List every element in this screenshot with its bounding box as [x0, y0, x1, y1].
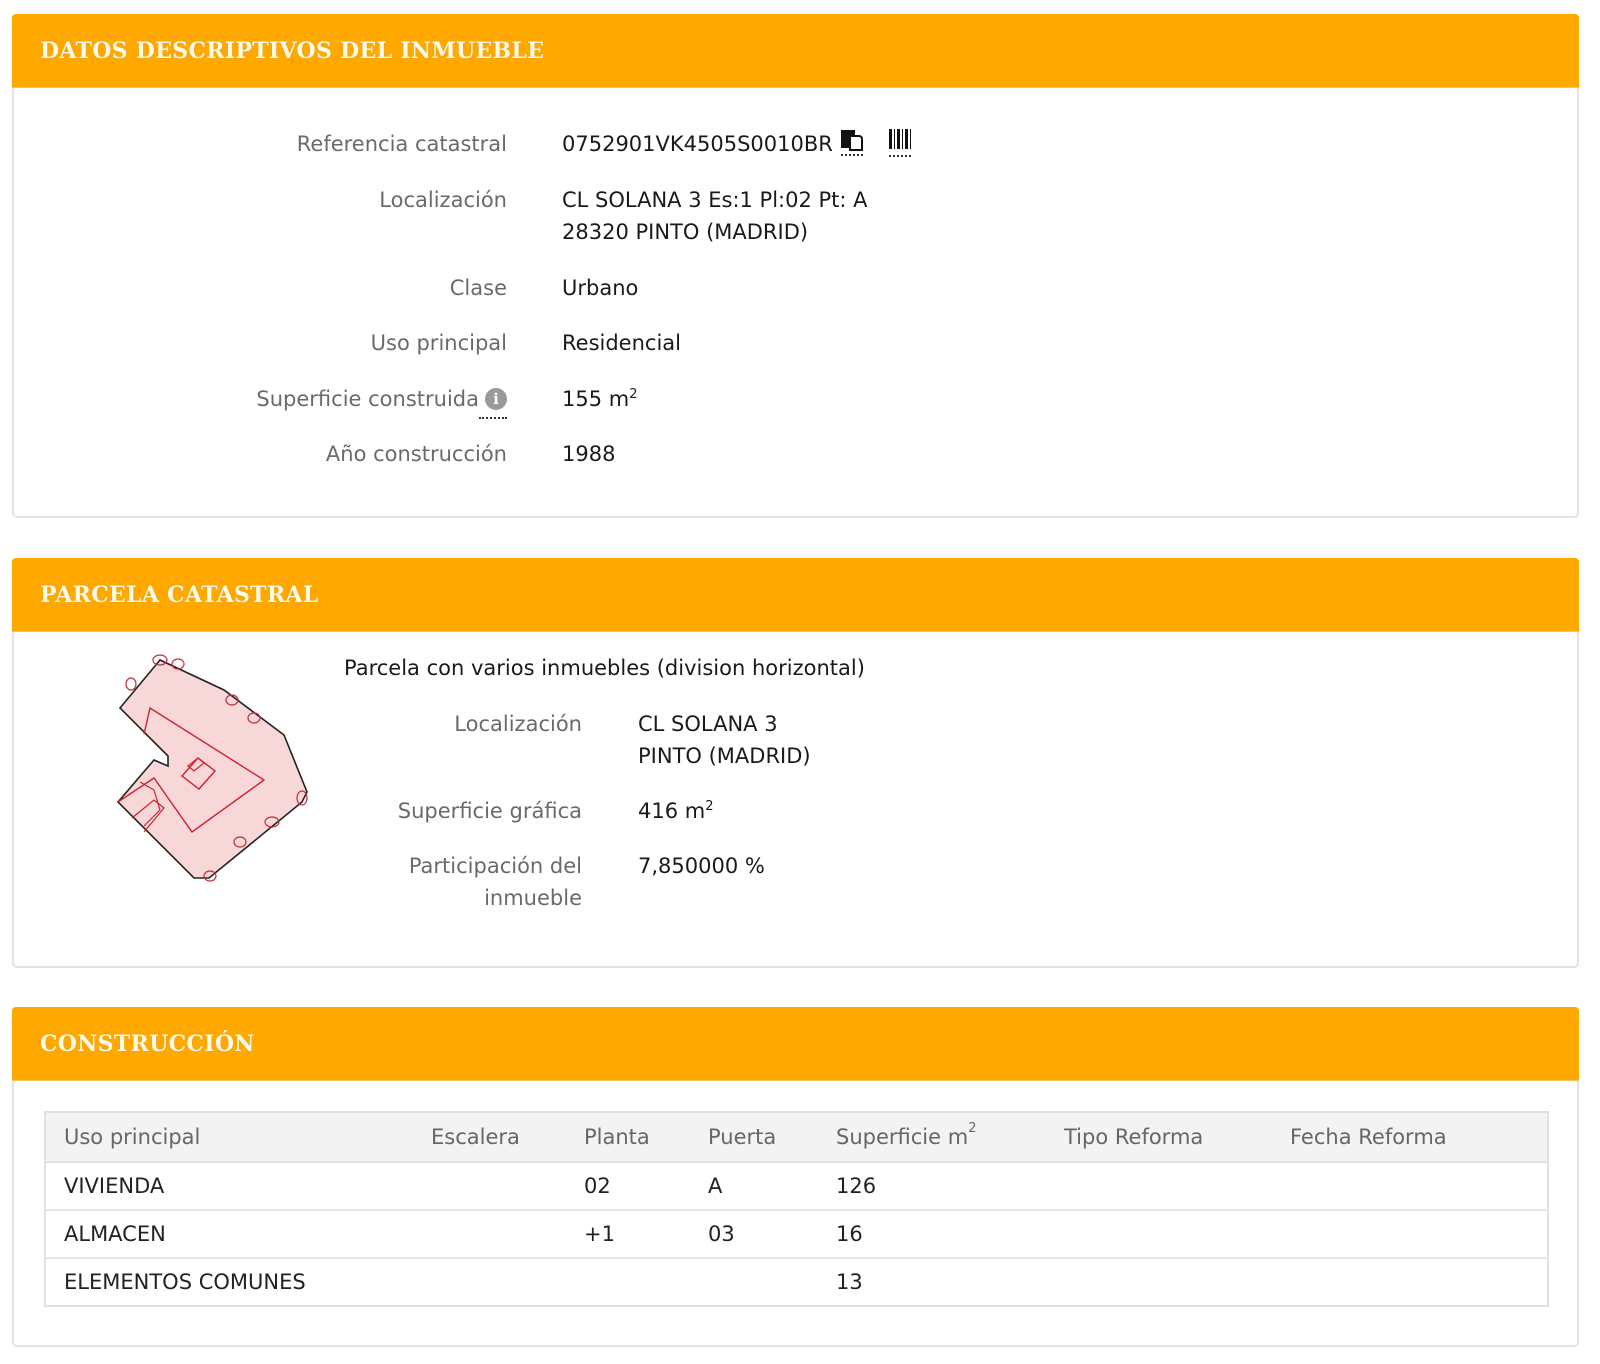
- table-row: ELEMENTOS COMUNES13: [45, 1258, 1548, 1306]
- anio-label: Año construcción: [14, 438, 507, 470]
- info-icon[interactable]: i: [485, 388, 507, 410]
- superficie-grafica-value: 416 m2: [638, 795, 714, 827]
- parcela-catastral-panel: PARCELA CATASTRAL Parcela con varios inm…: [12, 558, 1579, 968]
- parcela-localizacion-line2: PINTO (MADRID): [638, 740, 811, 772]
- table-row: ALMACEN+10316: [45, 1210, 1548, 1258]
- superficie-construida-label-row: Superficie construidai: [14, 383, 507, 419]
- cell-tipo-reforma: [1046, 1210, 1272, 1258]
- cell-planta: 02: [566, 1162, 690, 1210]
- datos-descriptivos-panel: DATOS DESCRIPTIVOS DEL INMUEBLE Referenc…: [12, 14, 1579, 518]
- participacion-label: Participación del inmueble: [314, 850, 582, 914]
- cell-superficie: 16: [818, 1210, 1046, 1258]
- uso-value: Residencial: [562, 327, 681, 359]
- cell-fecha-reforma: [1272, 1258, 1548, 1306]
- info-tooltip-trigger[interactable]: i: [479, 383, 507, 419]
- localizacion-line1: CL SOLANA 3 Es:1 Pl:02 Pt: A: [562, 184, 868, 216]
- parcela-localizacion-line1: CL SOLANA 3: [638, 708, 811, 740]
- table-header-row: Uso principal Escalera Planta Puerta Sup…: [45, 1112, 1548, 1162]
- referencia-label: Referencia catastral: [14, 128, 507, 160]
- cell-puerta: [690, 1258, 818, 1306]
- superficie-grafica-number: 416 m: [638, 799, 705, 823]
- unit-superscript: 2: [968, 1121, 976, 1136]
- panel-title: CONSTRUCCIÓN: [40, 1031, 255, 1057]
- construccion-table: Uso principal Escalera Planta Puerta Sup…: [44, 1111, 1549, 1307]
- cell-puerta: A: [690, 1162, 818, 1210]
- participacion-label-line1: Participación del: [314, 850, 582, 882]
- localizacion-line2: 28320 PINTO (MADRID): [562, 216, 868, 248]
- cell-tipo-reforma: [1046, 1258, 1272, 1306]
- cell-planta: [566, 1258, 690, 1306]
- anio-value: 1988: [562, 438, 615, 470]
- col-superficie: Superficie m2: [818, 1112, 1046, 1162]
- parcel-plan-image[interactable]: [114, 650, 324, 890]
- parcela-description: Parcela con varios inmuebles (division h…: [344, 652, 865, 684]
- col-escalera: Escalera: [413, 1112, 566, 1162]
- cell-uso-principal: ALMACEN: [45, 1210, 413, 1258]
- barcode-icon[interactable]: [889, 129, 913, 157]
- cell-superficie: 13: [818, 1258, 1046, 1306]
- parcela-localizacion-label: Localización: [314, 708, 582, 740]
- clase-label: Clase: [14, 272, 507, 304]
- localizacion-label: Localización: [14, 184, 507, 216]
- col-fecha-reforma: Fecha Reforma: [1272, 1112, 1548, 1162]
- unit-superscript: 2: [629, 387, 637, 402]
- clase-value: Urbano: [562, 272, 638, 304]
- cell-puerta: 03: [690, 1210, 818, 1258]
- col-puerta: Puerta: [690, 1112, 818, 1162]
- cell-tipo-reforma: [1046, 1162, 1272, 1210]
- panel-title: DATOS DESCRIPTIVOS DEL INMUEBLE: [40, 38, 544, 64]
- col-planta: Planta: [566, 1112, 690, 1162]
- cell-uso-principal: VIVIENDA: [45, 1162, 413, 1210]
- localizacion-value: CL SOLANA 3 Es:1 Pl:02 Pt: A 28320 PINTO…: [562, 184, 868, 248]
- cell-superficie: 126: [818, 1162, 1046, 1210]
- cell-planta: +1: [566, 1210, 690, 1258]
- referencia-value-row: 0752901VK4505S0010BR: [562, 128, 913, 160]
- cell-uso-principal: ELEMENTOS COMUNES: [45, 1258, 413, 1306]
- superficie-construida-value: 155 m2: [562, 383, 638, 415]
- uso-label: Uso principal: [14, 327, 507, 359]
- panel-header: CONSTRUCCIÓN: [12, 1007, 1579, 1081]
- cell-escalera: [413, 1162, 566, 1210]
- unit-superscript: 2: [705, 799, 713, 814]
- col-tipo-reforma: Tipo Reforma: [1046, 1112, 1272, 1162]
- table-body: VIVIENDA02A126ALMACEN+10316ELEMENTOS COM…: [45, 1162, 1548, 1306]
- panel-title: PARCELA CATASTRAL: [40, 582, 319, 608]
- panel-header: PARCELA CATASTRAL: [12, 558, 1579, 632]
- table-row: VIVIENDA02A126: [45, 1162, 1548, 1210]
- construccion-panel: CONSTRUCCIÓN Uso principal Escalera Plan…: [12, 1007, 1579, 1347]
- copy-icon[interactable]: [841, 130, 863, 156]
- cell-escalera: [413, 1210, 566, 1258]
- superficie-grafica-label: Superficie gráfica: [314, 795, 582, 827]
- col-superficie-label: Superficie m: [836, 1125, 968, 1149]
- parcela-localizacion-value: CL SOLANA 3 PINTO (MADRID): [638, 708, 811, 772]
- superficie-construida-label: Superficie construida: [256, 387, 479, 411]
- panel-header: DATOS DESCRIPTIVOS DEL INMUEBLE: [12, 14, 1579, 88]
- cell-fecha-reforma: [1272, 1210, 1548, 1258]
- participacion-value: 7,850000 %: [638, 850, 765, 882]
- col-uso-principal: Uso principal: [45, 1112, 413, 1162]
- superficie-construida-number: 155 m: [562, 387, 629, 411]
- cell-fecha-reforma: [1272, 1162, 1548, 1210]
- referencia-value: 0752901VK4505S0010BR: [562, 132, 833, 156]
- cell-escalera: [413, 1258, 566, 1306]
- participacion-label-line2: inmueble: [314, 882, 582, 914]
